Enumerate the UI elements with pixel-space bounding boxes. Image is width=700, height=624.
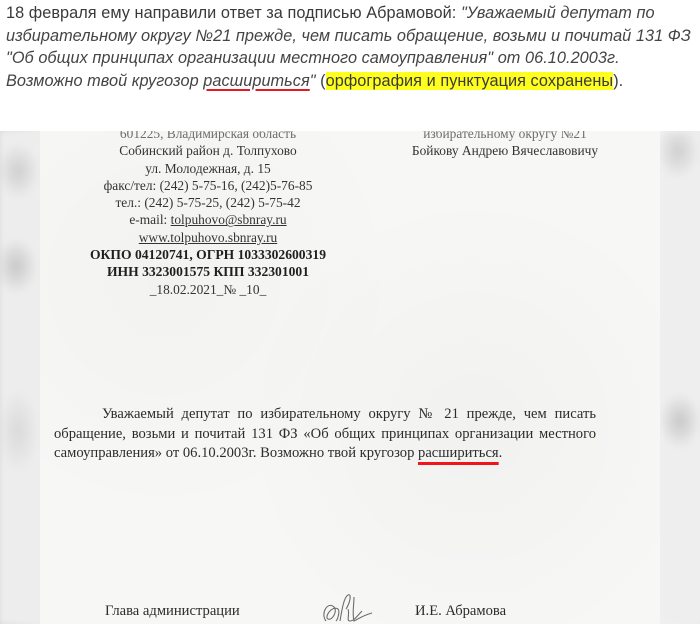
sender-website: www.tolpuhovo.sbnray.ru <box>78 229 338 246</box>
blurred-background-left <box>0 131 42 624</box>
misspelled-word: расшириться <box>203 72 309 90</box>
article-paragraph: 18 февраля ему направили ответ за подпис… <box>6 2 696 92</box>
recipient-name: Бойкову Андрею Вячеславовичу <box>385 142 625 159</box>
letter-body: Уважаемый депутат по избирательному окру… <box>54 405 596 464</box>
sender-okpo-ogrn: ОКПО 04120741, ОГРН 1033302600319 <box>78 246 338 263</box>
article-lead: 18 февраля ему направили ответ за подпис… <box>6 4 461 22</box>
handwritten-signature-icon <box>318 591 378 624</box>
sender-fax: факс/тел: (242) 5-75-16, (242)5-76-85 <box>78 177 338 194</box>
recipient-line: избирательному округу №21 <box>385 131 625 142</box>
signatory-name: И.Е. Абрамова <box>415 603 506 620</box>
misspelled-word: расшириться <box>418 445 499 461</box>
letter-date-number: _18.02.2021_№ _10_ <box>78 281 338 298</box>
document-scan-image: 601225, Владимирская область Собинский р… <box>0 131 700 624</box>
blurred-background-right <box>658 131 700 624</box>
recipient-block: избирательному округу №21 Бойкову Андрею… <box>385 131 625 160</box>
sender-address-line: ул. Молодежная, д. 15 <box>78 160 338 177</box>
letter-page: 601225, Владимирская область Собинский р… <box>40 131 660 624</box>
sender-email-line: e-mail: tolpuhovo@sbnray.ru <box>78 211 338 228</box>
sender-address-line: 601225, Владимирская область <box>78 131 338 142</box>
signatory-title: Глава администрации <box>105 603 240 620</box>
sender-letterhead: 601225, Владимирская область Собинский р… <box>78 131 338 298</box>
sender-address-line: Собинский район д. Толпухово <box>78 142 338 159</box>
sender-inn-kpp: ИНН 3323001575 КПП 332301001 <box>78 263 338 280</box>
sender-phone: тел.: (242) 5-75-25, (242) 5-75-42 <box>78 194 338 211</box>
highlighted-note: орфография и пунктуация сохранены <box>326 72 614 90</box>
sender-email: tolpuhovo@sbnray.ru <box>171 212 287 227</box>
